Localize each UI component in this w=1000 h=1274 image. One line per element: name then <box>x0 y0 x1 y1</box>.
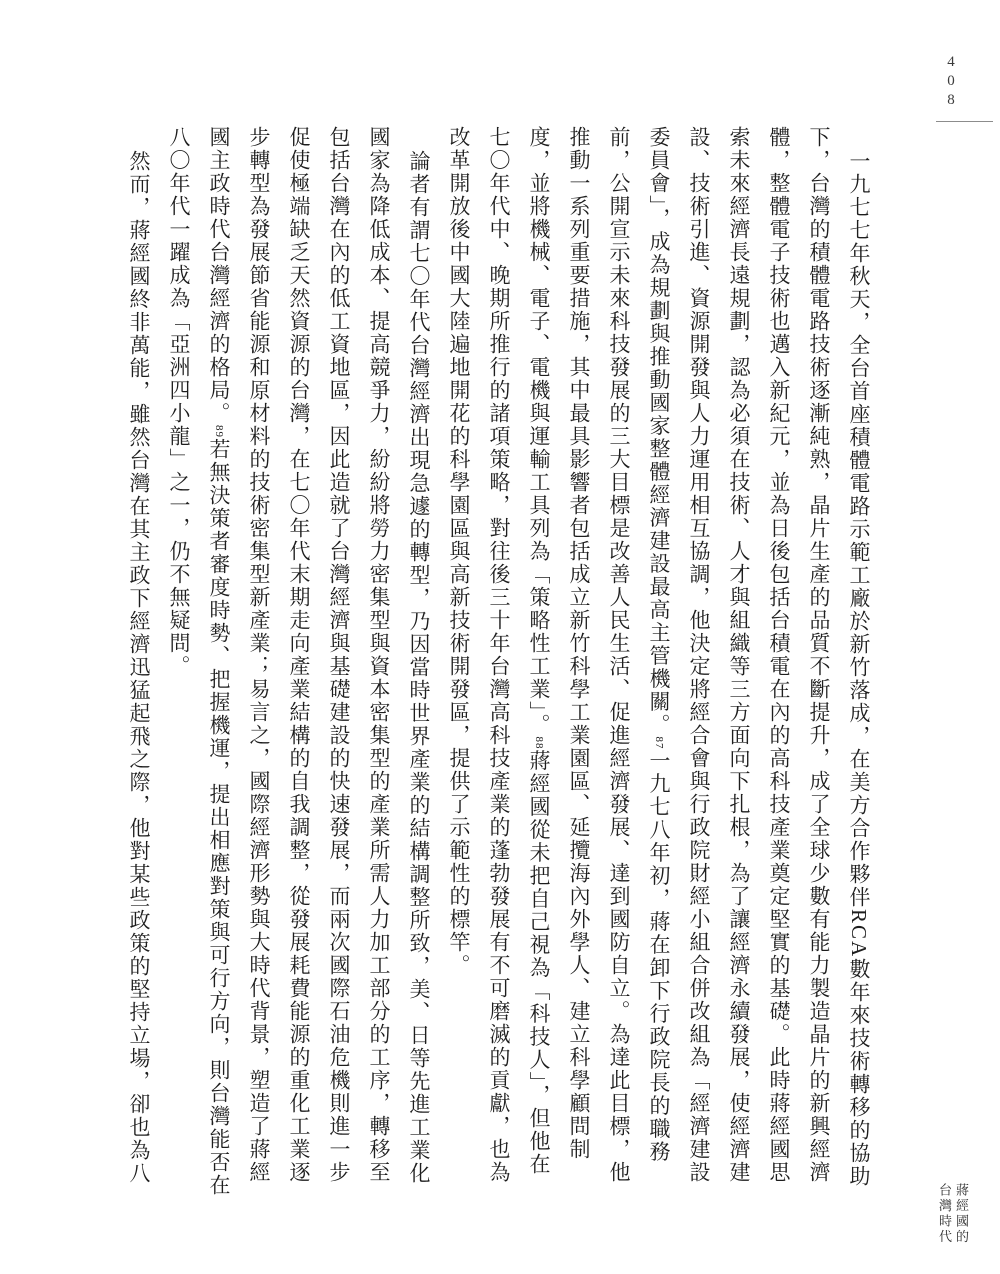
text-segment: 步轉型為發展節省能源和原材料的技術密集型新產業；易言之，國際經濟形勢與大時代背景… <box>247 126 271 1184</box>
text-column: 八〇年代一躍成為「亞洲四小龍」之一，仍不無疑問。 <box>159 126 199 1166</box>
text-segment: 前，公開宣示未來科技發展的三大目標是改善人民生活、促進經濟發展、達到國防自立。為… <box>607 126 631 1184</box>
text-column: 改革開放後中國大陸遍地開花的科學園區與高新技術開發區，提供了示範性的標竿。 <box>439 126 479 1166</box>
text-segment: 度，並將機械、電子、電機與運輸工具列為「策略性工業」。 <box>527 126 551 737</box>
text-segment: 國家為降低成本、提高競爭力，紛紛將勞力密集型與資本密集型的產業所需人力加工部分的… <box>367 126 391 1184</box>
page-number: 408 <box>942 54 959 111</box>
text-column: 國家為降低成本、提高競爭力，紛紛將勞力密集型與資本密集型的產業所需人力加工部分的… <box>359 126 399 1166</box>
text-block: 一九七七年秋天，全台首座積體電路示範工廠於新竹落成，在美方合作夥伴RCA數年來技… <box>117 126 879 1166</box>
text-segment: 體，整體電子技術也邁入新紀元，並為日後包括台積電在內的高科技產業奠定堅實的基礎。… <box>767 126 791 1184</box>
text-column: 包括台灣在內的低工資地區，因此造就了台灣經濟與基礎建設的快速發展，而兩次國際石油… <box>319 126 359 1166</box>
running-title-line-1: 蔣經國的 <box>953 1183 970 1245</box>
text-column: 國主政時代台灣經濟的格局。89若無決策者審度時勢、把握機運，提出相應對策與可行方… <box>199 126 239 1166</box>
text-column: 前，公開宣示未來科技發展的三大目標是改善人民生活、促進經濟發展、達到國防自立。為… <box>599 126 639 1166</box>
text-segment: 論者有謂七〇年代台灣經濟出現急遽的轉型，乃因當時世界產業的結構調整所致，美、日等… <box>407 150 431 1185</box>
running-title-line-2: 台灣時代 <box>936 1183 953 1245</box>
text-segment: 國主政時代台灣經濟的格局。 <box>207 126 231 425</box>
text-segment: 若無決策者審度時勢、把握機運，提出相應對策與可行方向，則台灣能否在 <box>207 438 231 1197</box>
text-segment: 一九七七年秋天，全台首座積體電路示範工廠於新竹落成，在美方合作夥伴RCA數年來技… <box>847 150 871 1188</box>
footnote-ref: 87 <box>653 737 665 750</box>
text-segment: 改革開放後中國大陸遍地開花的科學園區與高新技術開發區，提供了示範性的標竿。 <box>447 126 471 977</box>
footnote-ref: 89 <box>213 425 225 438</box>
book-page: 408 一九七七年秋天，全台首座積體電路示範工廠於新竹落成，在美方合作夥伴RCA… <box>0 0 1000 1274</box>
text-segment: 索未來經濟長遠規劃，認為必須在技術、人才與組織等三方面向下扎根，為了讓經濟永續發… <box>727 126 751 1184</box>
text-segment: 下，台灣的積體電路技術逐漸純熟，晶片生產的品質不斷提升，成了全球少數有能力製造晶… <box>807 126 831 1184</box>
text-column: 體，整體電子技術也邁入新紀元，並為日後包括台積電在內的高科技產業奠定堅實的基礎。… <box>759 126 799 1166</box>
text-column: 一九七七年秋天，全台首座積體電路示範工廠於新竹落成，在美方合作夥伴RCA數年來技… <box>839 126 879 1166</box>
text-column: 論者有謂七〇年代台灣經濟出現急遽的轉型，乃因當時世界產業的結構調整所致，美、日等… <box>399 126 439 1166</box>
text-column: 然而，蔣經國終非萬能，雖然台灣在其主政下經濟迅猛起飛之際，他對某些政策的堅持立場… <box>119 126 159 1166</box>
text-segment: 八〇年代一躍成為「亞洲四小龍」之一，仍不無疑問。 <box>167 126 191 678</box>
text-column: 促使極端缺乏天然資源的台灣，在七〇年代末期走向產業結構的自我調整，從發展耗費能源… <box>279 126 319 1166</box>
text-column: 委員會」，成為規劃與推動國家整體經濟建設最高主管機關。87一九七八年初，蔣在卸下… <box>639 126 679 1166</box>
text-segment: 包括台灣在內的低工資地區，因此造就了台灣經濟與基礎建設的快速發展，而兩次國際石油… <box>327 126 351 1184</box>
text-segment: 七〇年代中、晚期所推行的諸項策略，對往後三十年台灣高科技產業的蓬勃發展有不可磨滅… <box>487 126 511 1184</box>
text-segment: 一九七八年初，蔣在卸下行政院長的職務 <box>647 750 671 1164</box>
text-segment: 推動一系列重要措施，其中最具影響者包括成立新竹科學工業園區、延攬海內外學人、建立… <box>567 126 591 1161</box>
text-segment: 蔣經國從未把自己視為「科技人」，但他在 <box>527 750 551 1177</box>
text-column: 下，台灣的積體電路技術逐漸純熟，晶片生產的品質不斷提升，成了全球少數有能力製造晶… <box>799 126 839 1166</box>
text-column: 推動一系列重要措施，其中最具影響者包括成立新竹科學工業園區、延攬海內外學人、建立… <box>559 126 599 1166</box>
text-segment: 委員會」，成為規劃與推動國家整體經濟建設最高主管機關。 <box>647 126 671 737</box>
text-column: 索未來經濟長遠規劃，認為必須在技術、人才與組織等三方面向下扎根，為了讓經濟永續發… <box>719 126 759 1166</box>
footnote-ref: 88 <box>533 737 545 750</box>
folio-rule <box>936 121 993 122</box>
text-segment: 然而，蔣經國終非萬能，雖然台灣在其主政下經濟迅猛起飛之際，他對某些政策的堅持立場… <box>127 150 151 1185</box>
text-column: 步轉型為發展節省能源和原材料的技術密集型新產業；易言之，國際經濟形勢與大時代背景… <box>239 126 279 1166</box>
text-segment: 促使極端缺乏天然資源的台灣，在七〇年代末期走向產業結構的自我調整，從發展耗費能源… <box>287 126 311 1184</box>
running-title: 蔣經國的 台灣時代 <box>936 1183 970 1245</box>
text-column: 七〇年代中、晚期所推行的諸項策略，對往後三十年台灣高科技產業的蓬勃發展有不可磨滅… <box>479 126 519 1166</box>
text-column: 設、技術引進、資源開發與人力運用相互協調，他決定將經合會與行政院財經小組合併改組… <box>679 126 719 1166</box>
text-column: 度，並將機械、電子、電機與運輸工具列為「策略性工業」。88蔣經國從未把自己視為「… <box>519 126 559 1166</box>
text-segment: 設、技術引進、資源開發與人力運用相互協調，他決定將經合會與行政院財經小組合併改組… <box>687 126 711 1184</box>
